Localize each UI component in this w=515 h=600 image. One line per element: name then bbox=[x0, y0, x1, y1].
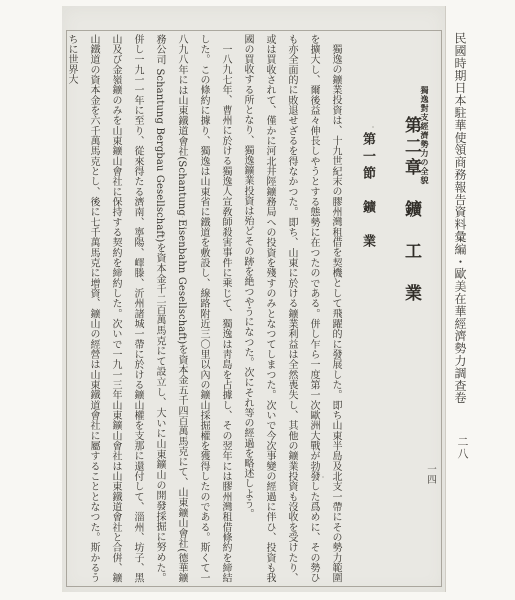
scan-speckle bbox=[182, 216, 183, 218]
scan-speckle bbox=[272, 336, 274, 337]
scan-paper: 獨逸對支經濟勢力の全貌 一四 第二章 鑛 工 業 第一節 鑛 業 獨逸の鑛業投資… bbox=[62, 6, 446, 592]
margin-book-title: 民國時期日本駐華使領商務報告資料彙編・歐美在華經濟勢力調查卷 bbox=[452, 32, 469, 452]
scanned-book-page: 獨逸對支經濟勢力の全貌 一四 第二章 鑛 工 業 第一節 鑛 業 獨逸の鑛業投資… bbox=[0, 0, 515, 600]
chapter-heading: 第二章 鑛 工 業 bbox=[388, 34, 434, 583]
section-heading: 第一節 鑛 業 bbox=[346, 34, 388, 583]
scan-speckle bbox=[322, 476, 324, 478]
margin-page-number: 二八 bbox=[454, 436, 470, 472]
body-text-block: 第二章 鑛 工 業 第一節 鑛 業 獨逸の鑛業投資は、十九世紀末の膠州灣租借を契… bbox=[67, 31, 441, 586]
paragraph-overview: 獨逸の鑛業投資は、十九世紀末の膠州灣租借を契機として飛躍的に發展した。即ち山東半… bbox=[236, 34, 346, 583]
paragraph-history: 一八九七年、曹州に於ける獨逸人宣敎師殺害事件に乘じて、獨逸は靑島を占據し、その翌… bbox=[67, 34, 236, 583]
scan-speckle bbox=[372, 126, 374, 128]
text-frame-border: 第二章 鑛 工 業 第一節 鑛 業 獨逸の鑛業投資は、十九世紀末の膠州灣租借を契… bbox=[66, 30, 442, 587]
